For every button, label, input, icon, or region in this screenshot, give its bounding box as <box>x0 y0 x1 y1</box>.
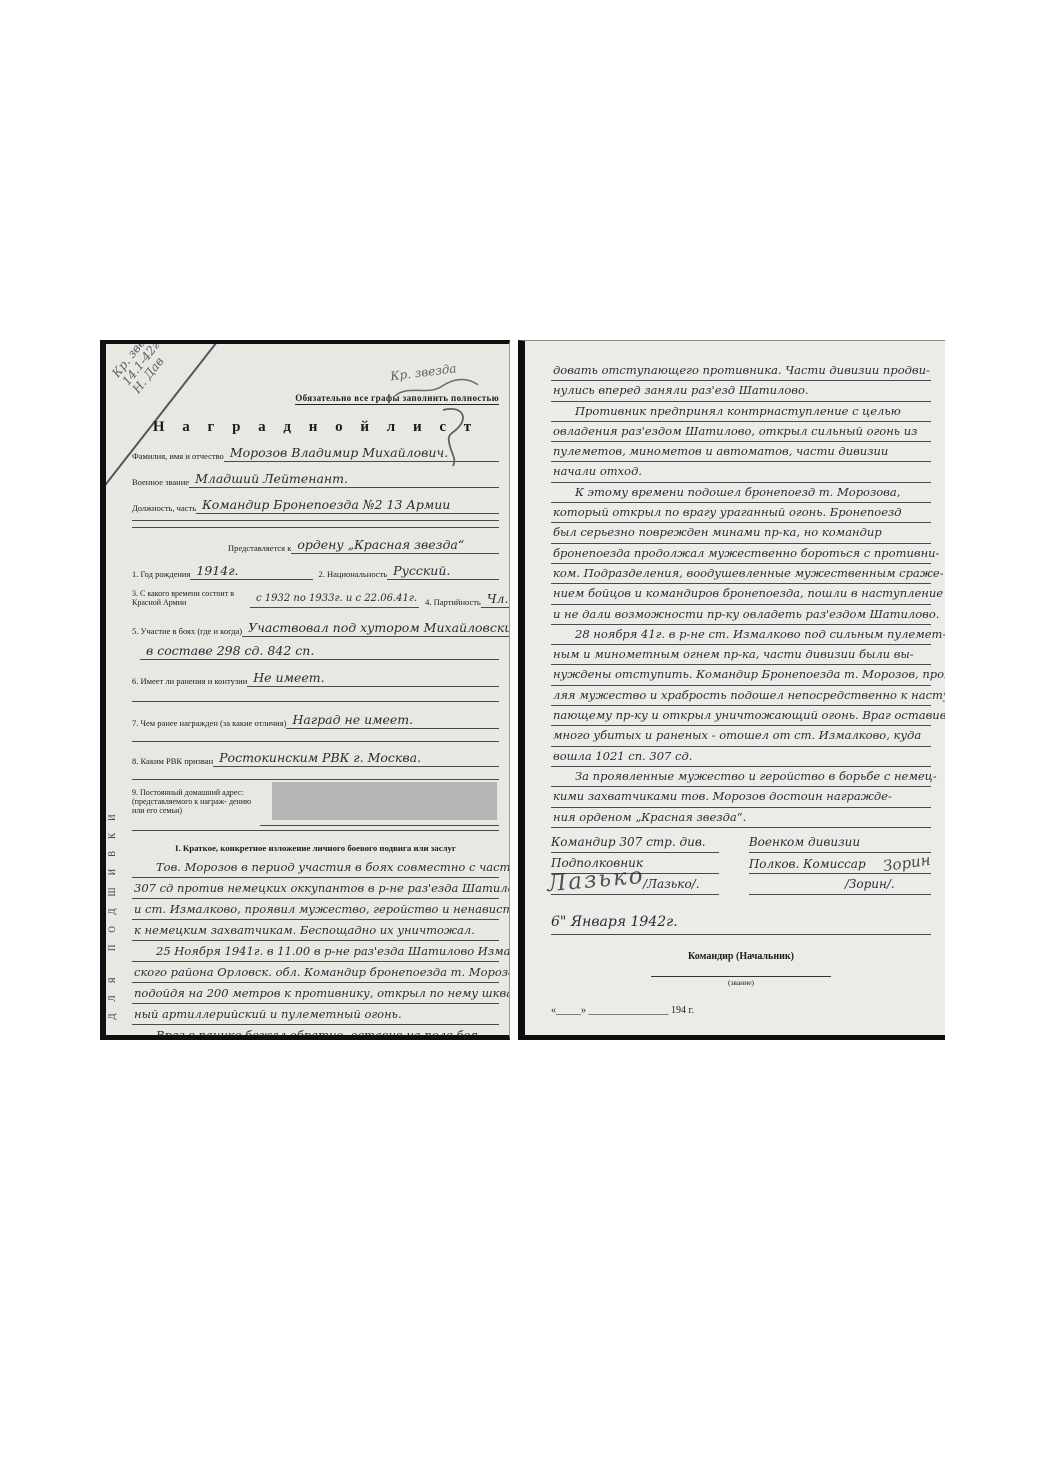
field-military-rank: Военное звание Младший Лейтенант. <box>132 471 499 488</box>
handwritten-line: подойдя на 200 метров к противнику, откр… <box>132 983 499 1004</box>
signature-date: 6" Января 1942г. <box>551 911 931 935</box>
blank-rule <box>132 741 499 742</box>
handwritten-line: За проявленные мужество и геройство в бо… <box>551 767 931 787</box>
handwritten-line: Тов. Морозов в период участия в боях сов… <box>132 857 499 878</box>
divider-rule <box>132 527 499 528</box>
signer-name-left: Лазько /Лазько/. <box>551 874 719 895</box>
handwritten-line: овладения раз'ездом Шатилово, открыл сил… <box>551 422 931 442</box>
divider-rule <box>132 520 499 521</box>
handwritten-line: много убитых и раненых - отошел от ст. И… <box>551 726 931 746</box>
handwritten-line: ный артиллерийский и пулеметный огонь. <box>132 1004 499 1025</box>
field-party-membership: 4. Партийность Чл. ВКП(б) с 1941г. <box>425 589 510 608</box>
field-label: 6. Имеет ли ранения и контузии <box>132 676 247 687</box>
signer-name-right-text: /Зорин/. <box>845 877 895 891</box>
document-title: Н а г р а д н о й л и с т <box>153 419 478 435</box>
handwritten-line: ского района Орловск. обл. Командир брон… <box>132 962 499 983</box>
handwritten-line: пающему пр-ку и открыл уничтожающий огон… <box>551 706 931 726</box>
handwritten-line: и ст. Измалково, проявил мужество, герой… <box>132 899 499 920</box>
field-label: 8. Каким РВК призван <box>132 756 213 767</box>
field-value: в составе 298 сд. 842 сп. <box>140 643 499 660</box>
field-label: Должность, часть <box>132 503 196 514</box>
field-prior-awards: 7. Чем ранее награжден (за какие отличия… <box>132 712 499 729</box>
field-value: Наград не имеет. <box>286 712 499 729</box>
field-combat-participation-line2: в составе 298 сд. 842 сп. <box>132 643 499 660</box>
handwritten-line: к немецким захватчикам. Беспощадно их ун… <box>132 920 499 941</box>
handwritten-line: ляя мужество и храбрость подошел непосре… <box>551 686 931 706</box>
field-value: Чл. ВКП(б) с 1941г. <box>481 591 510 608</box>
field-combat-participation: 5. Участие в боях (где и когда) Участвов… <box>132 620 499 637</box>
handwritten-line: и не дали возможности пр-ку овладеть раз… <box>551 605 931 625</box>
field-label: 5. Участие в боях (где и когда) <box>132 626 242 637</box>
field-home-address: 9. Постоянный домашний адрес: (представл… <box>132 788 499 826</box>
field-service-since: 3. С какого времени состоит в Красной Ар… <box>132 589 419 608</box>
handwritten-line: ным и минометным огнем пр-ка, части диви… <box>551 645 931 665</box>
field-label: 2. Национальность <box>319 569 388 580</box>
commander-label: Командир (Начальник) <box>551 951 931 962</box>
field-label: 7. Чем ранее награжден (за какие отличия… <box>132 718 286 729</box>
field-label: Представляется к <box>228 543 291 554</box>
blank-rule <box>132 701 499 702</box>
handwritten-line: 25 Ноября 1941г. в 11.00 в р-не раз'езда… <box>132 941 499 962</box>
handwritten-line: вошла 1021 сп. 307 сд. <box>551 747 931 767</box>
field-nationality: 2. Национальность Русский. <box>319 563 500 580</box>
field-label: 3. С какого времени состоит в Красной Ар… <box>132 589 250 608</box>
scanned-award-document: ДЛЯ ПОДШИВКИ Кр. звезда 14.1-42г. Н. Дав… <box>100 340 945 1040</box>
section-heading: I. Краткое, конкретное изложение личного… <box>132 843 499 853</box>
handwritten-line: К этому времени подошел бронепоезд т. Мо… <box>551 483 931 503</box>
handwritten-line: 307 сд против немецких оккупантов в р-не… <box>132 878 499 899</box>
field-birth-year: 1. Год рождения 1914г. <box>132 563 313 580</box>
signer-name-left-text: /Лазько/. <box>643 877 700 891</box>
handwritten-line: 28 ноября 41г. в р-не ст. Измалково под … <box>551 625 931 645</box>
page-left: ДЛЯ ПОДШИВКИ Кр. звезда 14.1-42г. Н. Дав… <box>100 340 510 1040</box>
signer-rank-right-text: Полков. Комиссар <box>749 857 866 871</box>
field-recruitment-office: 8. Каким РВК призван Ростокинским РВК г.… <box>132 750 499 767</box>
field-recommended-award: Представляется к ордену „Красная звезда“ <box>132 537 499 554</box>
signer-role-left: Командир 307 стр. див. <box>551 832 719 853</box>
handwritten-line: Враг в панике бежал обратно, оставив на … <box>132 1025 499 1040</box>
divider-rule <box>132 830 499 831</box>
field-value: Русский. <box>387 563 499 580</box>
page-right: довать отступающего противника. Части ди… <box>518 340 945 1040</box>
field-value: Командир Бронепоезда №2 13 Армии <box>196 497 499 514</box>
handwritten-line: ния орденом „Красная звезда“. <box>551 808 931 828</box>
handwritten-line: бронепоезда продолжал мужественно бороть… <box>551 544 931 564</box>
checkmark-scribble-icon <box>437 404 471 468</box>
field-label: 9. Постоянный домашний адрес: (представл… <box>132 788 260 816</box>
blank-date-line: «_____» ________________ 194 г. <box>551 1005 931 1016</box>
signer-name-right: /Зорин/. <box>749 874 931 895</box>
handwritten-line: ком. Подразделения, воодушевленные мужес… <box>551 564 931 584</box>
redacted-address <box>260 788 499 826</box>
handwritten-line: нулись вперед заняли раз'езд Шатилово. <box>551 381 931 401</box>
field-value: Не имеет. <box>247 670 499 687</box>
field-label: Фамилия, имя и отчество <box>132 451 224 462</box>
signature-scribble-left: Лазько <box>546 866 645 894</box>
handwritten-line: который открыл по врагу ураганный огонь.… <box>551 503 931 523</box>
field-label: 1. Год рождения <box>132 569 190 580</box>
handwritten-line: нием бойцов и командиров бронепоезда, по… <box>551 584 931 604</box>
field-position-unit: Должность, часть Командир Бронепоезда №2… <box>132 497 499 514</box>
field-value: ордену „Красная звезда“ <box>291 537 499 554</box>
field-label: 4. Партийность <box>425 597 481 608</box>
field-value: 1914г. <box>190 563 312 580</box>
page-gap <box>510 340 518 1040</box>
field-value: Участвовал под хутором Михайловским <box>242 620 510 637</box>
redaction-box <box>272 782 497 820</box>
blank-rule <box>132 779 499 780</box>
handwritten-line: Противник предпринял контрнаступление с … <box>551 402 931 422</box>
signer-rank-right: Полков. Комиссар Зорин <box>749 853 931 874</box>
signature-block: Командир 307 стр. див. Подполковник Лазь… <box>551 832 931 895</box>
handwritten-line: начали отход. <box>551 462 931 482</box>
handwritten-line: был серьезно поврежден минами пр-ка, но … <box>551 523 931 543</box>
handwritten-line: довать отступающего противника. Части ди… <box>551 361 931 381</box>
field-wounds: 6. Имеет ли ранения и контузии Не имеет. <box>132 670 499 687</box>
handwritten-line: нуждены отступить. Командир Бронепоезда … <box>551 665 931 685</box>
signature-scribble-right: Зорин <box>882 850 932 876</box>
binding-margin-note: ДЛЯ ПОДШИВКИ <box>107 736 121 1040</box>
field-value: Ростокинским РВК г. Москва. <box>213 750 499 767</box>
field-label: Военное звание <box>132 477 189 488</box>
field-value: Младший Лейтенант. <box>189 471 499 488</box>
handwritten-line: кими захватчиками тов. Морозов достоин н… <box>551 787 931 807</box>
rank-caption: (звание) <box>651 976 831 987</box>
signer-role-right: Военком дивизии <box>749 832 931 853</box>
field-value: с 1932 по 1933г. и с 22.06.41г. <box>250 591 419 608</box>
handwritten-line: пулеметов, минометов и автоматов, части … <box>551 442 931 462</box>
